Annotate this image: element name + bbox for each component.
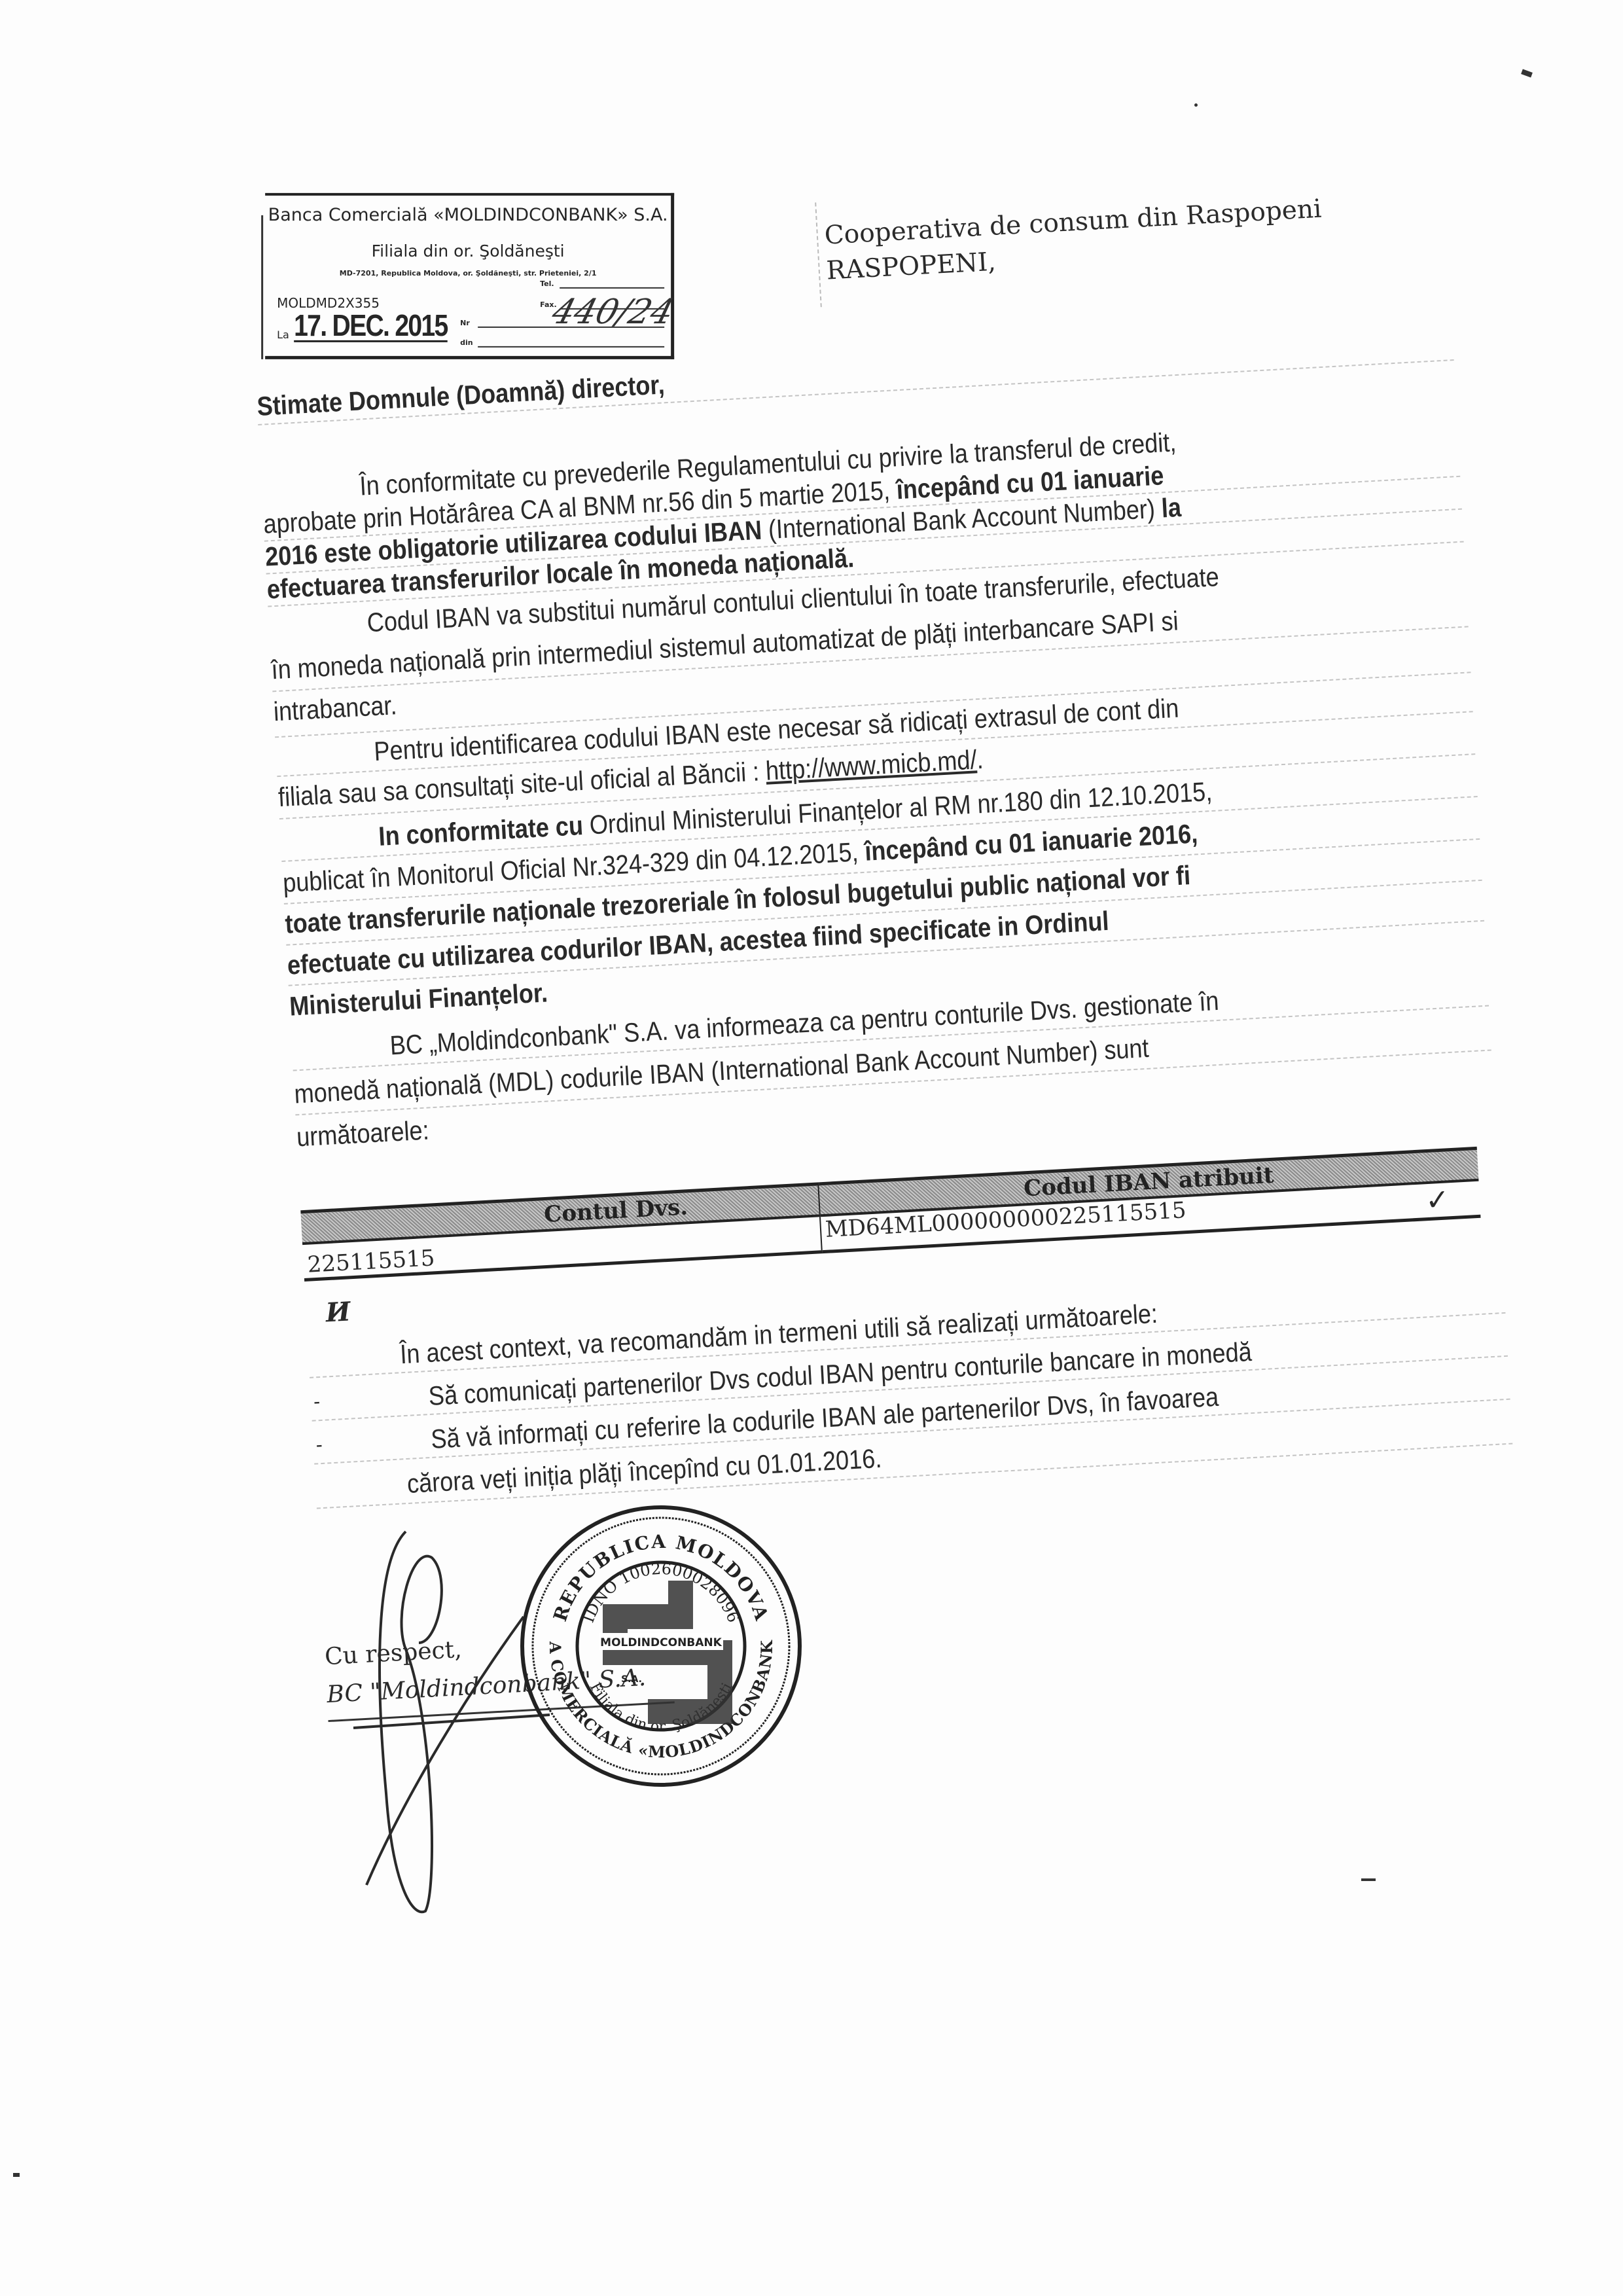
recommendations-section: În acest context, va recomandăm in terme… xyxy=(308,1275,1480,1511)
tel-line xyxy=(560,287,664,289)
recipient-divider xyxy=(815,202,822,307)
check-mark-icon: ✓ xyxy=(1425,1183,1451,1217)
scan-speck xyxy=(13,2173,20,2177)
seal-center-name: MOLDINDCONBANK xyxy=(600,1636,722,1649)
din-label: din xyxy=(460,338,473,347)
scanned-letter-page: Banca Comercială «MOLDINDCONBANK» S.A. F… xyxy=(0,0,1623,2296)
bank-address: MD-7201, Republica Moldova, or. Şoldăneş… xyxy=(265,269,671,278)
iban-table: Contul Dvs. Codul IBAN atribuit 22511551… xyxy=(300,1147,1480,1282)
bank-seal: REPUBLICA MOLDOVA IDNO 1002600028096 BAN… xyxy=(517,1502,805,1790)
branch-name: Filiala din or. Şoldăneşti xyxy=(265,242,671,260)
handwritten-reg-number: 440/24 xyxy=(548,293,678,332)
letterhead-stamp: Banca Comercială «MOLDINDCONBANK» S.A. F… xyxy=(265,193,674,359)
bullet-dash: - xyxy=(312,1380,321,1424)
bank-website-link[interactable]: http://www.micb.md/ xyxy=(765,744,978,785)
recipient-block: Cooperativa de consum din Raspopeni RASP… xyxy=(823,192,1324,289)
bullet-dash: - xyxy=(315,1424,324,1467)
scan-speck xyxy=(1521,69,1533,78)
din-line xyxy=(478,346,664,348)
tel-label: Tel. xyxy=(540,279,554,288)
letter-body: Banca Comercială «MOLDINDCONBANK» S.A. F… xyxy=(245,129,1531,1730)
seal-center-sa: S.A. xyxy=(621,1674,642,1685)
bank-name: Banca Comercială «MOLDINDCONBANK» S.A. xyxy=(265,205,671,225)
scan-speck xyxy=(1194,103,1198,107)
scan-speck xyxy=(1361,1878,1376,1881)
nr-label: Nr xyxy=(460,319,470,327)
handwritten-initials: И xyxy=(325,1296,351,1328)
stamp-date: 17. DEC. 2015 xyxy=(294,310,447,342)
stamp-left-border xyxy=(261,215,263,359)
date-prefix: La xyxy=(277,329,289,341)
